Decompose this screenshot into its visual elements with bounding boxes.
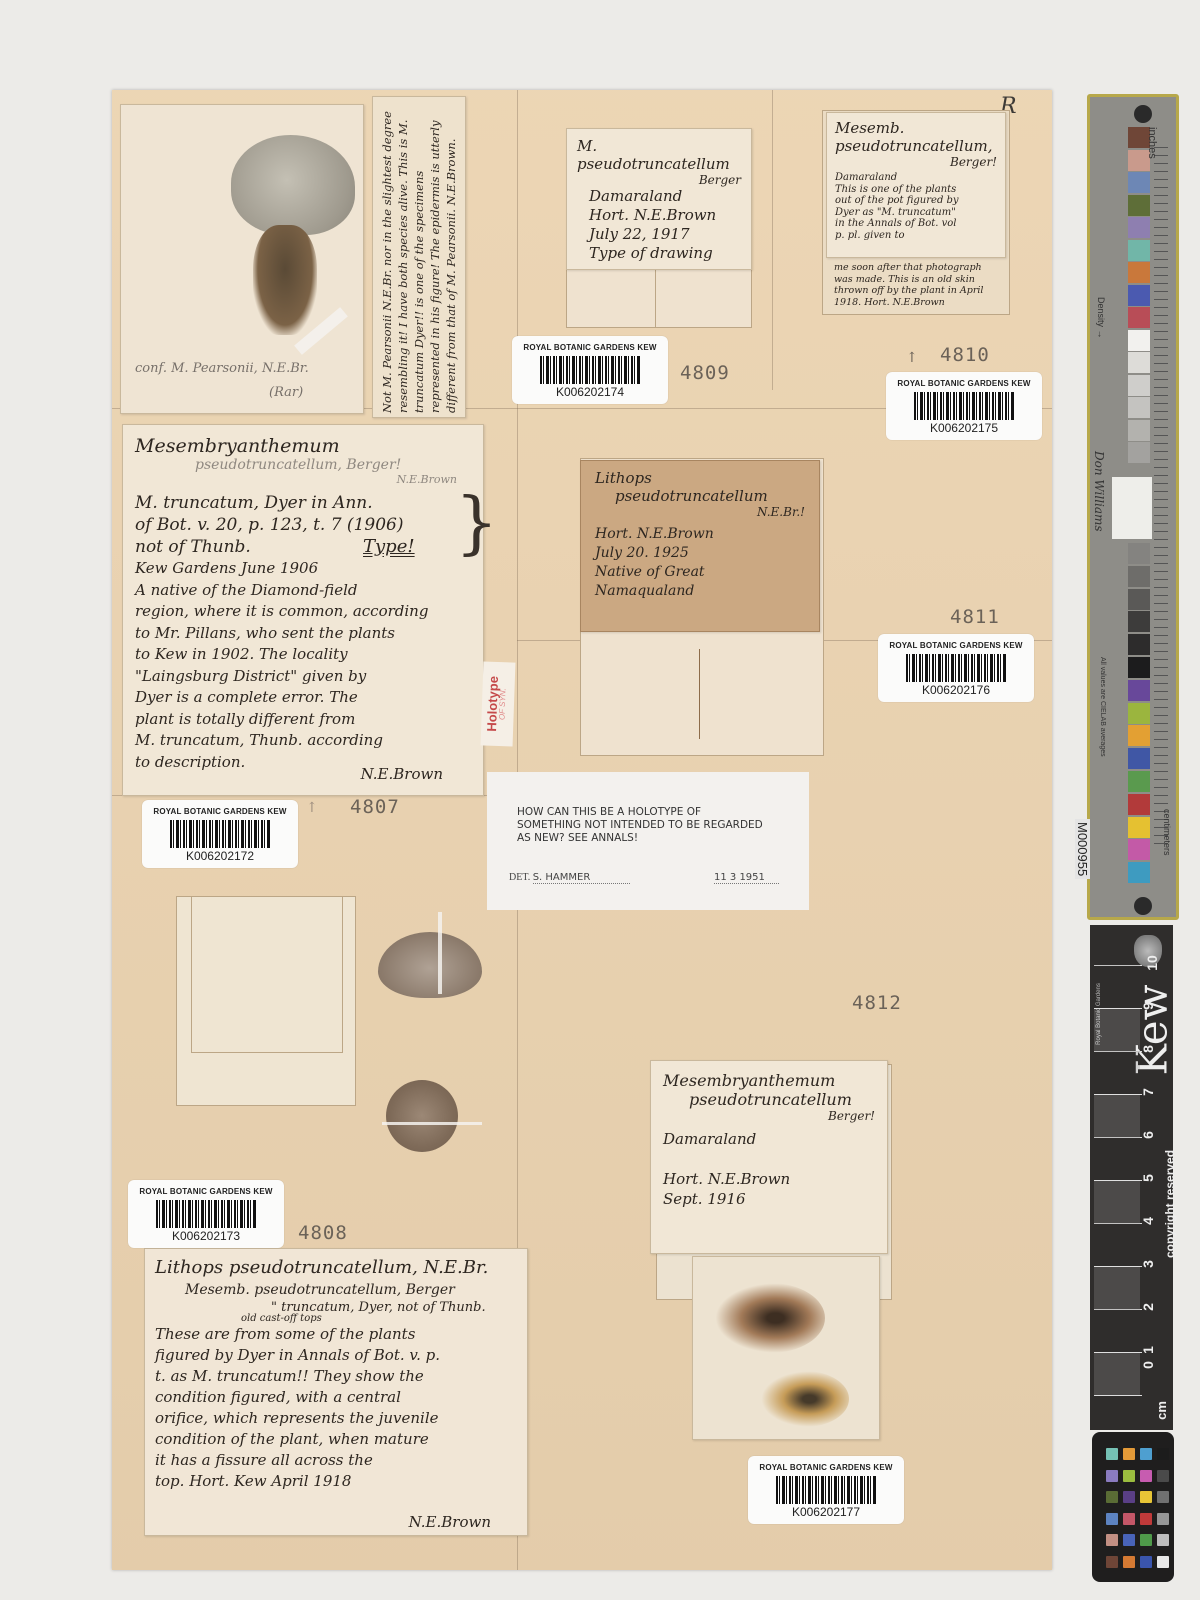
scale-number: 1 — [1140, 1346, 1156, 1354]
det-line: DET. S. HAMMER 11 3 1951 — [509, 872, 799, 883]
det-determiner: S. HAMMER — [533, 872, 631, 884]
color-swatch — [1128, 817, 1150, 838]
holotype-sub: OF SYN. — [497, 688, 508, 720]
barcode-label-K006202172: ROYAL BOTANIC GARDENS KEW K006202172 — [142, 800, 298, 868]
det-note: HOW CAN THIS BE A HOLOTYPE OF SOMETHING … — [517, 806, 763, 845]
label-author: Berger — [577, 173, 741, 187]
scale-bar-blocks — [1094, 965, 1140, 1395]
specimen-card-4812 — [692, 1256, 880, 1440]
barcode-id: K006202177 — [748, 1505, 904, 1519]
color-cell — [1106, 1556, 1118, 1568]
specimen-fragment-2 — [386, 1080, 458, 1152]
color-swatch — [1128, 748, 1150, 769]
color-cell — [1157, 1513, 1169, 1525]
color-cell — [1157, 1448, 1169, 1460]
caption-line-1: conf. M. Pearsonii, N.E.Br. — [135, 361, 309, 376]
barcode-id: K006202173 — [128, 1229, 284, 1243]
label-subtitle: pseudotruncatellum — [615, 487, 805, 505]
color-swatch — [1128, 589, 1150, 610]
color-cell — [1123, 1534, 1135, 1546]
specimen-dried-rosette-2 — [761, 1371, 849, 1427]
label-title: Lithops pseudotruncatellum, N.E.Br. — [155, 1257, 517, 1278]
color-cell — [1106, 1470, 1118, 1482]
color-swatch — [1128, 862, 1150, 883]
color-swatch — [1128, 262, 1150, 283]
type-label-4807: Mesembryanthemum pseudotruncatellum, Ber… — [122, 424, 484, 796]
inches-label: inches — [1146, 127, 1158, 159]
color-cell — [1140, 1448, 1152, 1460]
color-swatch — [1128, 611, 1150, 632]
scale-number: 3 — [1140, 1260, 1156, 1268]
label-title: Mesembryanthemum — [663, 1071, 875, 1090]
arrow-mark: ↑ — [906, 350, 918, 366]
color-swatch — [1128, 397, 1150, 418]
determination-slip: HOW CAN THIS BE A HOLOTYPE OF SOMETHING … — [487, 772, 809, 910]
scale-number: 5 — [1140, 1174, 1156, 1182]
vertical-note-label: Not M. Pearsonii N.E.Br. nor in the slig… — [372, 96, 466, 418]
label-title: Mesembryanthemum — [135, 435, 471, 457]
color-cell — [1123, 1470, 1135, 1482]
envelope-flap — [655, 269, 665, 327]
color-swatch — [1128, 285, 1150, 306]
barcode-bars — [170, 820, 270, 848]
scale-number: 0 — [1140, 1361, 1156, 1369]
label-signature: N.E.Brown — [409, 1513, 491, 1531]
barcode-institution: ROYAL BOTANIC GARDENS KEW — [142, 807, 298, 816]
color-swatch — [1128, 307, 1150, 328]
centimeters-label: centimeters — [1162, 809, 1172, 856]
brace-glyph: } — [455, 484, 498, 563]
density-label: Density → — [1096, 297, 1106, 339]
specimen-dried-rosette-1 — [715, 1283, 825, 1353]
label-subtitle-signature: N.E.Brown — [135, 473, 457, 486]
arrow-mark: ↑ — [306, 800, 318, 816]
color-swatch — [1128, 794, 1150, 815]
color-cell — [1106, 1448, 1118, 1460]
color-cell — [1140, 1556, 1152, 1568]
brand-label: Don Williams — [1092, 451, 1106, 532]
color-cell — [1140, 1534, 1152, 1546]
specimen-caption: conf. M. Pearsonii, N.E.Br. — [135, 361, 309, 376]
label-author: N.E.Br.! — [595, 505, 805, 519]
accession-number-4812: 4812 — [852, 992, 902, 1014]
label-body: These are from some of the plants figure… — [155, 1324, 517, 1492]
accession-number-4808: 4808 — [298, 1222, 348, 1244]
specimen-lithops-leaves — [231, 135, 355, 235]
color-cell — [1106, 1513, 1118, 1525]
color-cell — [1157, 1534, 1169, 1546]
color-swatch — [1128, 771, 1150, 792]
label-4812: Mesembryanthemum pseudotruncatellum Berg… — [650, 1060, 888, 1254]
packet-flap — [191, 897, 343, 1053]
color-swatch — [1128, 725, 1150, 746]
barcode-id: K006202176 — [878, 683, 1034, 697]
color-swatch — [1128, 442, 1150, 463]
chart-hole-top — [1134, 105, 1152, 123]
color-swatch — [1128, 634, 1150, 655]
barcode-bars — [906, 654, 1006, 682]
label-4811: Lithops pseudotruncatellum N.E.Br.! Hort… — [580, 460, 820, 632]
color-cell — [1123, 1491, 1135, 1503]
label-body: Damaraland This is one of the plants out… — [835, 172, 997, 241]
color-calibration-chart: inches Density → Don Williams All values… — [1087, 94, 1179, 920]
chart-id: M000955 — [1075, 819, 1090, 879]
scale-number: 9 — [1140, 1002, 1156, 1010]
label-signature: N.E.Brown — [361, 765, 443, 783]
barcode-label-K006202176: ROYAL BOTANIC GARDENS KEW K006202176 — [878, 634, 1034, 702]
color-swatch — [1128, 543, 1150, 564]
label-title: Mesemb. — [835, 119, 997, 137]
barcode-institution: ROYAL BOTANIC GARDENS KEW — [886, 379, 1042, 388]
label-4808: Lithops pseudotruncatellum, N.E.Br. Mese… — [144, 1248, 528, 1536]
empty-packet — [176, 896, 356, 1106]
scale-number: 10 — [1144, 955, 1160, 971]
color-checker-grid — [1092, 1432, 1174, 1582]
specimen-card-pearsonii: conf. M. Pearsonii, N.E.Br. (Rar) — [120, 104, 364, 414]
label-4810-continuation: me soon after that photograph was made. … — [834, 262, 1010, 308]
barcode-bars — [914, 392, 1014, 420]
barcode-bars — [156, 1200, 256, 1228]
barcode-id: K006202174 — [512, 385, 668, 399]
label-subtitle: pseudotruncatellum, — [835, 137, 997, 155]
holotype-text: Holotype OF SYN. — [487, 676, 509, 732]
scale-tick — [1094, 1395, 1142, 1396]
specimen-roots — [253, 225, 317, 335]
barcode-label-K006202175: ROYAL BOTANIC GARDENS KEW K006202175 — [886, 372, 1042, 440]
color-swatch — [1128, 839, 1150, 860]
accession-number-4807: 4807 — [350, 796, 400, 818]
color-cell — [1123, 1556, 1135, 1568]
label-body: Hort. N.E.Brown July 20. 1925 Native of … — [595, 525, 805, 601]
label-title: M. pseudotruncatellum — [577, 137, 741, 173]
barcode-id: K006202172 — [142, 849, 298, 863]
copyright-text: copyright reserved — [1163, 1118, 1177, 1258]
holotype-sticker: Holotype OF SYN. — [481, 661, 516, 746]
color-cell — [1157, 1556, 1169, 1568]
color-swatch — [1128, 420, 1150, 441]
scale-unit: cm — [1154, 1401, 1169, 1420]
color-cell — [1123, 1448, 1135, 1460]
label-4810: Mesemb. pseudotruncatellum, Berger! Dama… — [826, 112, 1006, 258]
det-date: 11 3 1951 — [714, 872, 779, 884]
specimen-caption-2: (Rar) — [269, 385, 303, 400]
barcode-label-K006202177: ROYAL BOTANIC GARDENS KEW K006202177 — [748, 1456, 904, 1524]
color-cell — [1140, 1470, 1152, 1482]
kew-scale-bar: Kew Royal Botanic Gardens copyright rese… — [1090, 925, 1173, 1430]
brand-target — [1112, 477, 1152, 539]
barcode-label-K006202174: ROYAL BOTANIC GARDENS KEW K006202174 — [512, 336, 668, 404]
scale-number: 2 — [1140, 1303, 1156, 1311]
label-subtitle: pseudotruncatellum — [689, 1090, 875, 1109]
label-body: Kew Gardens June 1906 A native of the Di… — [135, 558, 471, 773]
color-swatch — [1128, 240, 1150, 261]
barcode-institution: ROYAL BOTANIC GARDENS KEW — [748, 1463, 904, 1472]
label-line-2: Mesemb. pseudotruncatellum, Berger — [185, 1282, 517, 1298]
label-subtitle: pseudotruncatellum, Berger! — [195, 457, 471, 473]
label-author: Berger! — [663, 1109, 875, 1123]
barcode-institution: ROYAL BOTANIC GARDENS KEW — [512, 343, 668, 352]
ruler-strip — [1154, 147, 1168, 847]
barcode-institution: ROYAL BOTANIC GARDENS KEW — [878, 641, 1034, 650]
color-swatch — [1128, 172, 1150, 193]
color-swatch — [1128, 566, 1150, 587]
accession-number-4809: 4809 — [680, 362, 730, 384]
scale-number: 7 — [1140, 1088, 1156, 1096]
color-swatch — [1128, 352, 1150, 373]
color-swatch — [1128, 375, 1150, 396]
scale-number: 4 — [1140, 1217, 1156, 1225]
vertical-note-text: Not M. Pearsonii N.E.Br. nor in the slig… — [379, 101, 459, 413]
type-mark: Type! — [363, 536, 415, 557]
det-label: DET. — [509, 872, 530, 883]
scale-number: 6 — [1140, 1131, 1156, 1139]
color-cell — [1140, 1491, 1152, 1503]
color-swatch — [1128, 703, 1150, 724]
label-4809: M. pseudotruncatellum Berger Damaraland … — [566, 128, 752, 270]
accession-number-4810: 4810 — [940, 344, 990, 366]
scale-number: 8 — [1140, 1045, 1156, 1053]
color-swatch — [1128, 680, 1150, 701]
envelope-fold — [699, 649, 700, 739]
color-swatch — [1128, 195, 1150, 216]
color-cell — [1106, 1534, 1118, 1546]
values-label: All values are CIELAB averages — [1099, 657, 1106, 757]
color-cell — [1140, 1513, 1152, 1525]
barcode-bars — [776, 1476, 876, 1504]
accession-number-4811: 4811 — [950, 606, 1000, 628]
barcode-label-K006202173: ROYAL BOTANIC GARDENS KEW K006202173 — [128, 1180, 284, 1248]
label-body: Damaraland Hort. N.E.Brown Sept. 1916 — [663, 1129, 875, 1209]
label-synonym: M. truncatum, Dyer in Ann. of Bot. v. 20… — [135, 492, 471, 558]
color-swatch — [1128, 657, 1150, 678]
barcode-id: K006202175 — [886, 421, 1042, 435]
color-cell — [1106, 1491, 1118, 1503]
label-title: Lithops — [595, 469, 805, 487]
barcode-institution: ROYAL BOTANIC GARDENS KEW — [128, 1187, 284, 1196]
label-body: Damaraland Hort. N.E.Brown July 22, 1917… — [589, 187, 741, 263]
mounting-strip — [382, 1122, 482, 1125]
divider-line — [772, 90, 773, 390]
mounting-strip — [438, 912, 442, 994]
label-author: Berger! — [835, 155, 997, 169]
color-cell — [1157, 1470, 1169, 1482]
chart-hole-bottom — [1134, 897, 1152, 915]
color-swatch — [1128, 330, 1150, 351]
color-cell — [1157, 1491, 1169, 1503]
color-swatch — [1128, 217, 1150, 238]
barcode-bars — [540, 356, 640, 384]
color-cell — [1123, 1513, 1135, 1525]
